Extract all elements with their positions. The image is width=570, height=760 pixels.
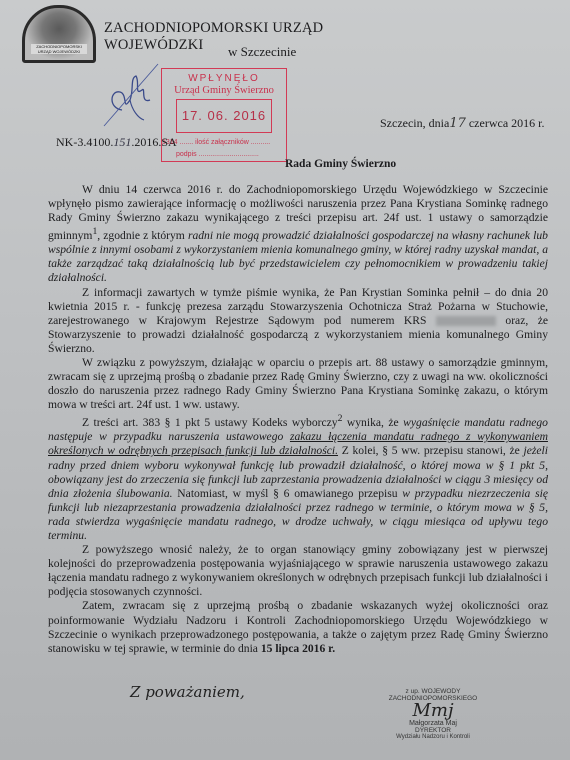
signature-block: z up. WOJEWODY ZACHODNIOPOMORSKIEGO Mmj …	[368, 688, 498, 740]
place-date-day: 17	[449, 116, 466, 131]
reference-number: NK-3.4100.151.2016.SA	[56, 135, 177, 150]
addressee: Rada Gminy Świerzno	[285, 158, 396, 170]
redacted-krs-number	[436, 316, 496, 326]
logo-caption: ZACHODNIOPOMORSKI URZĄD WOJEWÓDZKI	[31, 44, 87, 54]
paragraph-6: Zatem, zwracam się z uprzejmą prośbą o z…	[48, 599, 548, 655]
letter-body: W dniu 14 czerwca 2016 r. do Zachodniopo…	[48, 183, 548, 656]
deadline-date: 15 lipca 2016 r.	[261, 642, 335, 655]
stamp-attachments-label: ilość załączników	[195, 139, 249, 146]
paragraph-2: Z informacji zawartych w tymże piśmie wy…	[48, 286, 548, 356]
stamp-office-name: Urząd Gminy Świerzno	[162, 85, 286, 96]
place-date-suffix: czerwca 2016 r.	[469, 116, 545, 130]
stamp-date: 17. 06. 2016	[176, 99, 272, 133]
scanned-letter: ZACHODNIOPOMORSKI URZĄD WOJEWÓDZKI ZACHO…	[0, 0, 570, 760]
paragraph-5: Z powyższego wnosić należy, że to organ …	[48, 543, 548, 599]
handwritten-initials-icon	[100, 60, 160, 130]
reference-prefix: NK-3.4100.	[56, 135, 113, 149]
stamp-attachments: 5314 ....... ilość załączników .........…	[162, 139, 270, 146]
office-city: w Szczecinie	[228, 44, 296, 60]
stamp-received-label: WPŁYNĘŁO	[162, 73, 286, 84]
signature-name: Małgorzata Maj	[368, 720, 498, 727]
stamp-signature: podpis ...............................	[176, 151, 259, 158]
place-and-date: Szczecin, dnia17 czerwca 2016 r.	[380, 116, 545, 131]
p4-text-b: wynika, że	[342, 416, 403, 429]
p4-text-c: Z kolei, § 5 ww. przepisu stanowi, że	[338, 444, 524, 457]
paragraph-3: W związku z powyższym, działając w oparc…	[48, 356, 548, 412]
p4-text-d: Natomiast, w myśl § 6 omawianego przepis…	[173, 487, 403, 500]
paragraph-4: Z treści art. 383 § 1 pkt 5 ustawy Kodek…	[48, 412, 548, 543]
paragraph-1: W dniu 14 czerwca 2016 r. do Zachodniopo…	[48, 183, 548, 286]
closing-handwritten: Z poważaniem,	[130, 683, 245, 701]
office-logo-emblem: ZACHODNIOPOMORSKI URZĄD WOJEWÓDZKI	[22, 5, 96, 63]
signature-title: DYREKTOR	[368, 727, 498, 734]
signature-mark: Mmj	[368, 702, 498, 720]
stamp-signature-label: podpis	[176, 151, 197, 158]
p4-text: Z treści art. 383 § 1 pkt 5 ustawy Kodek…	[82, 416, 338, 429]
reference-suffix: .2016.SA	[131, 135, 176, 149]
p1-text-b: , zgodnie z którym	[97, 229, 188, 242]
signature-department: Wydziału Nadzoru i Kontroli	[368, 734, 498, 740]
reference-handwritten: 151	[113, 135, 131, 149]
place-date-prefix: Szczecin, dnia	[380, 116, 449, 130]
received-stamp: WPŁYNĘŁO Urząd Gminy Świerzno 17. 06. 20…	[161, 68, 287, 162]
